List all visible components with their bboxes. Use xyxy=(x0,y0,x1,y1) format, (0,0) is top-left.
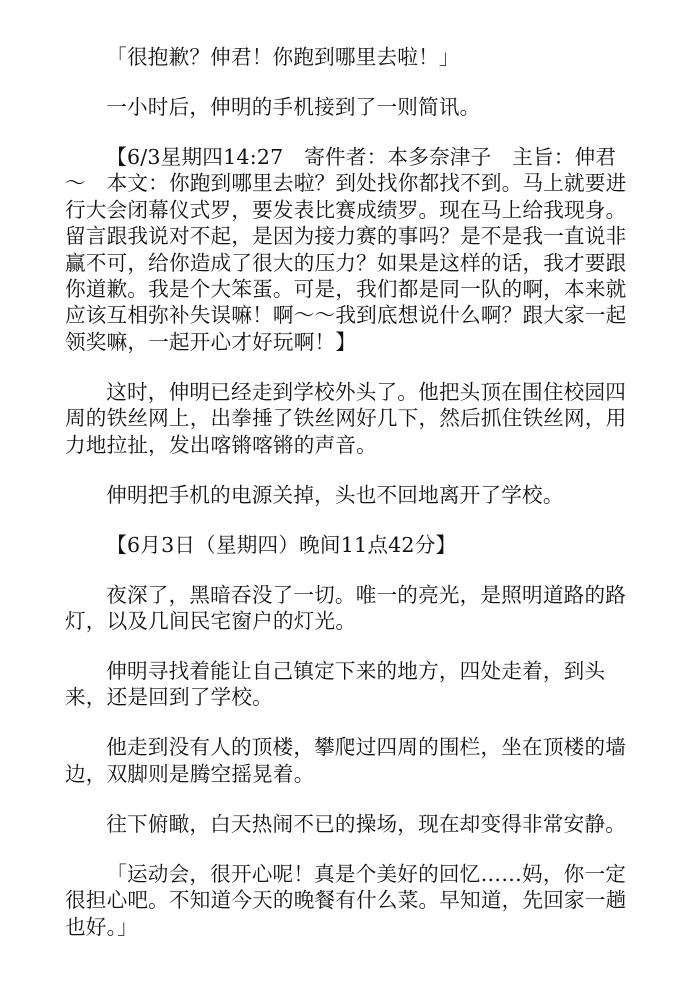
paragraph-gap xyxy=(65,458,635,482)
paragraph-look-down: 往下俯瞰，白天热闹不已的操场，现在却变得非常安静。 xyxy=(65,811,635,837)
paragraph-outside-school: 这时，伸明已经走到学校外头了。他把头顶在围住校园四周的铁丝网上，出拳捶了铁丝网好… xyxy=(65,379,635,458)
paragraph-dialogue-apology: 「很抱歉？伸君！你跑到哪里去啦！」 xyxy=(65,44,635,70)
paragraph-return-to-school: 伸明寻找着能让自己镇定下来的地方，四处走着，到头来，还是回到了学校。 xyxy=(65,658,635,711)
paragraph-gap xyxy=(65,711,635,735)
paragraph-phone-off: 伸明把手机的电源关掉，头也不回地离开了学校。 xyxy=(65,482,635,508)
paragraph-gap xyxy=(65,837,635,861)
paragraph-gap xyxy=(65,120,635,144)
paragraph-text-message-content: 【6/3星期四14:27 寄件者：本多奈津子 主旨：伸君～ 本文：你跑到哪里去啦… xyxy=(65,144,635,355)
section-timestamp-heading: 【6月3日（星期四）晚间11点42分】 xyxy=(65,532,635,558)
paragraph-gap xyxy=(65,70,635,94)
paragraph-gap xyxy=(65,355,635,379)
paragraph-gap xyxy=(65,634,635,658)
paragraph-text-message-received: 一小时后，伸明的手机接到了一则简讯。 xyxy=(65,94,635,120)
paragraph-gap xyxy=(65,508,635,532)
document-page: 「很抱歉？伸君！你跑到哪里去啦！」 一小时后，伸明的手机接到了一则简讯。 【6/… xyxy=(65,44,635,940)
paragraph-gap xyxy=(65,558,635,582)
paragraph-dialogue-memory: 「运动会，很开心呢！真是个美好的回忆……妈，你一定很担心吧。不知道今天的晚餐有什… xyxy=(65,861,635,940)
paragraph-rooftop: 他走到没有人的顶楼，攀爬过四周的围栏，坐在顶楼的墙边，双脚则是腾空摇晃着。 xyxy=(65,734,635,787)
paragraph-gap xyxy=(65,787,635,811)
paragraph-night: 夜深了，黑暗吞没了一切。唯一的亮光，是照明道路的路灯，以及几间民宅窗户的灯光。 xyxy=(65,582,635,635)
